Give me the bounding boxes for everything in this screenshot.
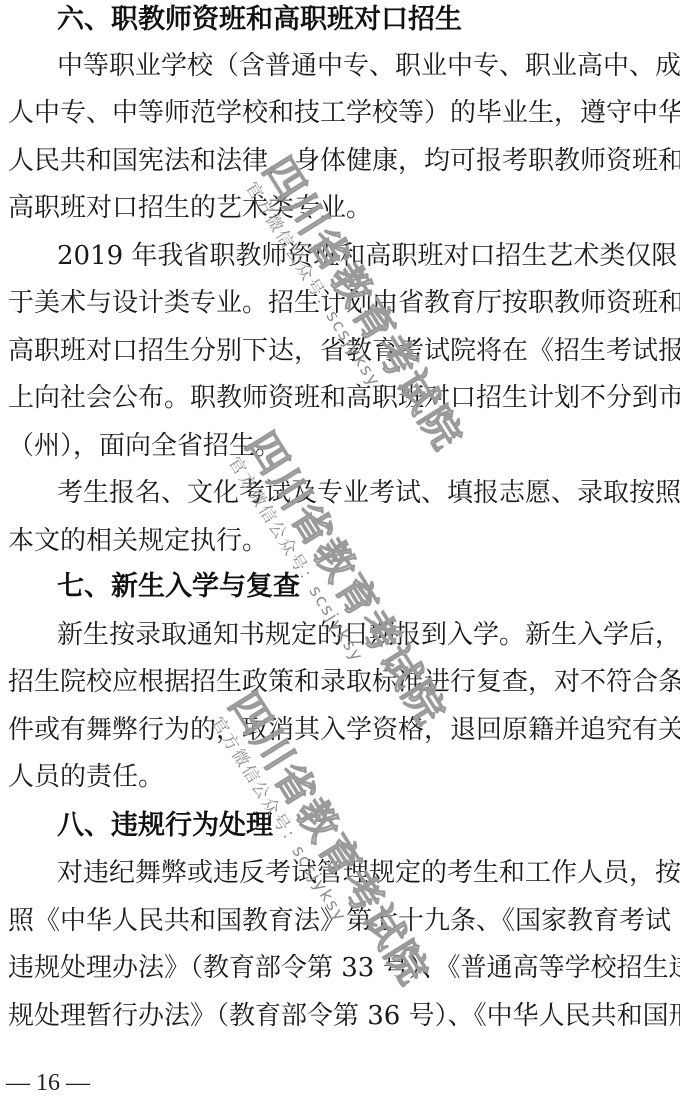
section-heading-7: 七、新生入学与复查 (57, 567, 300, 607)
section-heading-6: 六、职教师资班和高职班对口招生 (57, 0, 462, 40)
page-number: — 16 — (6, 1068, 90, 1098)
paragraph-line: 人中专、中等师范学校和技工学校等）的毕业生，遵守中华 (8, 93, 666, 133)
paragraph-line: 考生报名、文化考试及专业考试、填报志愿、录取按照 (57, 473, 666, 513)
paragraph-line: 2019 年我省职教师资班和高职班对口招生艺术类仅限 (57, 236, 666, 276)
document-page: 六、职教师资班和高职班对口招生 中等职业学校（含普通中专、职业中专、职业高中、成… (0, 0, 680, 1100)
paragraph-line: 对违纪舞弊或违反考试管理规定的考生和工作人员，按 (57, 853, 666, 893)
paragraph-line: 中等职业学校（含普通中专、职业中专、职业高中、成 (57, 46, 666, 86)
paragraph-line: 人员的责任。 (8, 757, 666, 797)
paragraph-line: 招生院校应根据招生政策和录取标准进行复查，对不符合条 (8, 662, 666, 702)
paragraph-line: 于美术与设计类专业。招生计划由省教育厅按职教师资班和 (8, 283, 666, 323)
paragraph-line: 新生按录取通知书规定的日期报到入学。新生入学后， (57, 615, 666, 655)
section-heading-8: 八、违规行为处理 (57, 806, 273, 846)
paragraph-line: 规处理暂行办法》（教育部令第 36 号）、《中华人民共和国刑 (8, 996, 666, 1036)
paragraph-line: 照《中华人民共和国教育法》第七十九条、《国家教育考试 (8, 901, 666, 941)
paragraph-line: 高职班对口招生分别下达，省教育考试院将在《招生考试报》 (8, 331, 666, 371)
paragraph-line: 上向社会公布。职教师资班和高职班对口招生计划不分到市 (8, 378, 666, 418)
paragraph-line: 件或有舞弊行为的，取消其入学资格，退回原籍并追究有关 (8, 710, 666, 750)
paragraph-line: 本文的相关规定执行。 (8, 521, 666, 561)
paragraph-line: 人民共和国宪法和法律，身体健康，均可报考职教师资班和 (8, 141, 666, 181)
paragraph-line: 违规处理办法》（教育部令第 33 号）、《普通高等学校招生违 (8, 948, 666, 988)
paragraph-line: （州），面向全省招生。 (8, 426, 666, 466)
paragraph-line: 高职班对口招生的艺术类专业。 (8, 188, 666, 228)
